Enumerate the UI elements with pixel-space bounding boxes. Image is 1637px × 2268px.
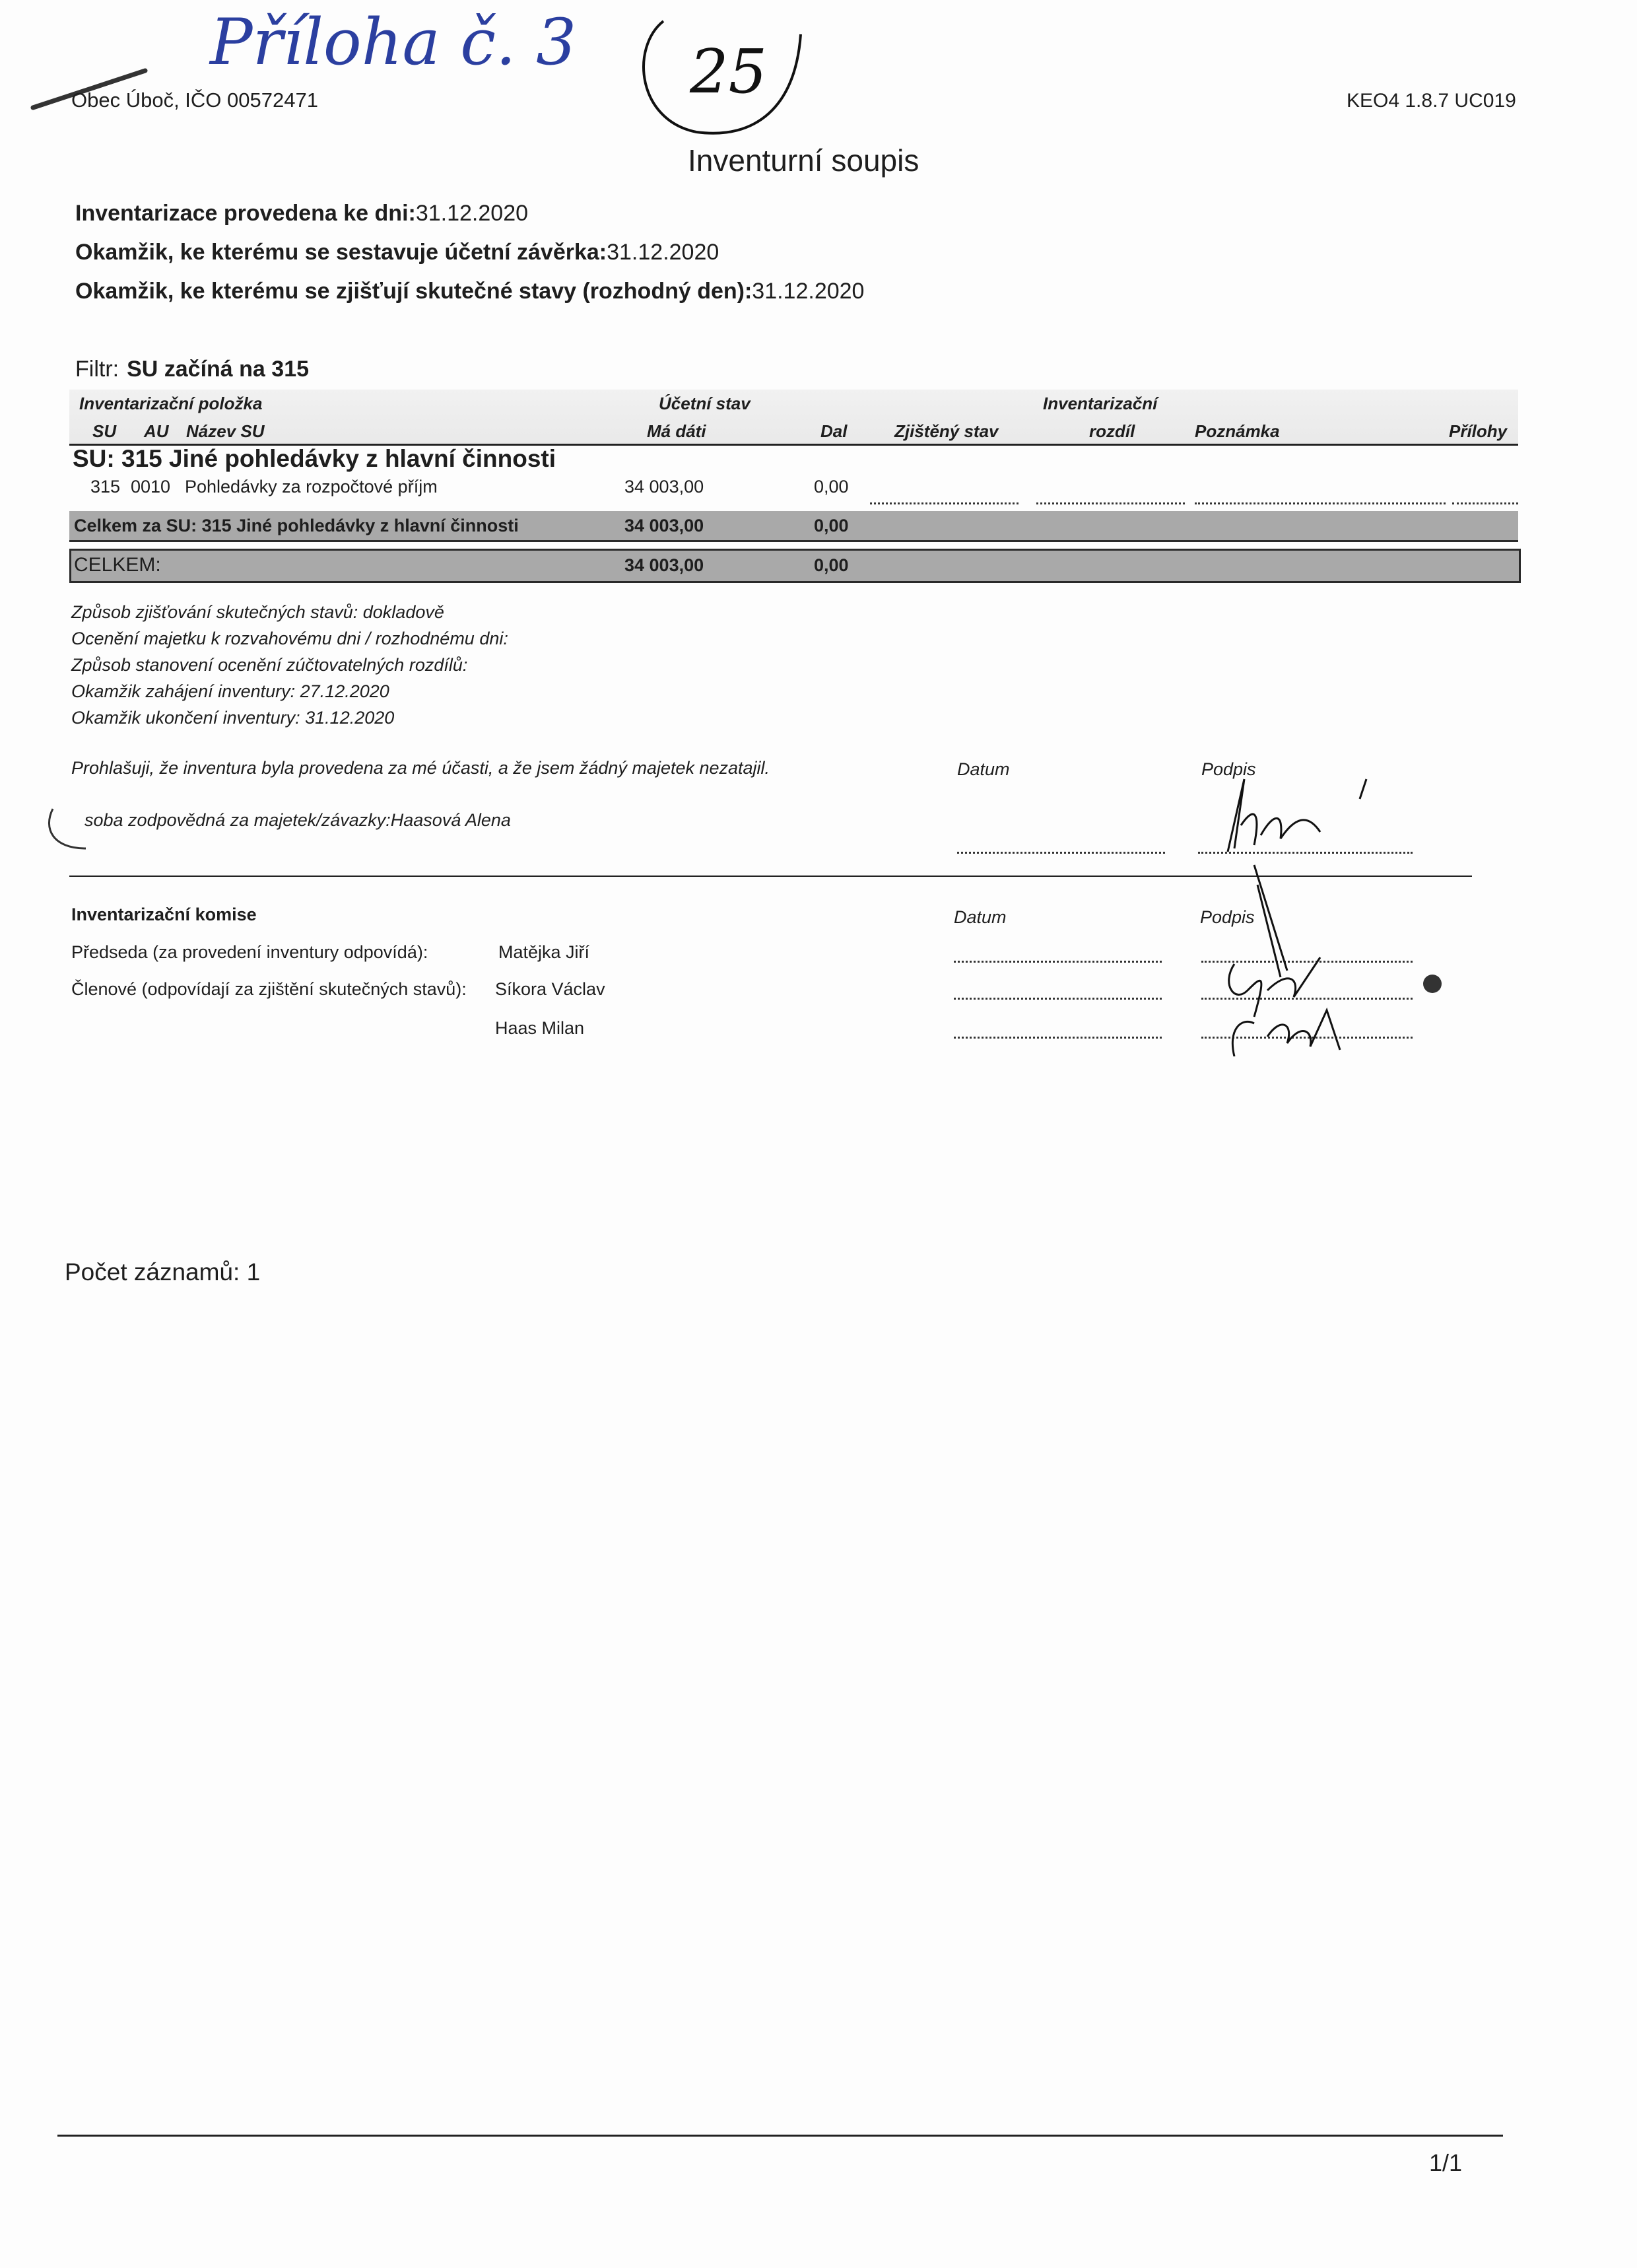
member-name: Síkora Václav — [495, 979, 605, 1000]
th-attachments: Přílohy — [1449, 421, 1507, 442]
subtotal-debit: 34 003,00 — [624, 516, 704, 536]
scan-mark-icon — [40, 802, 99, 862]
table-header-band — [69, 390, 1518, 445]
th-name: Název SU — [186, 421, 265, 442]
declaration-text: Prohlašuji, že inventura byla provedena … — [71, 758, 770, 778]
chair-name: Matějka Jiří — [498, 942, 589, 963]
cell-su: 315 — [90, 477, 120, 497]
th-credit: Dal — [820, 421, 847, 442]
th-su: SU — [92, 421, 116, 442]
field-note — [1195, 502, 1446, 504]
chair-label: Předseda (za provedení inventury odpovíd… — [71, 942, 428, 963]
signature-commission — [1195, 858, 1459, 1056]
signature-haasova — [1215, 773, 1432, 858]
members-label: Členové (odpovídají za zjištění skutečný… — [71, 979, 467, 1000]
field-attachments — [1452, 502, 1518, 504]
responsible-person: soba zodpovědná za majetek/závazky:Haaso… — [84, 810, 511, 831]
detail-start: Okamžik zahájení inventury: 27.12.2020 — [71, 681, 389, 702]
software-version: KEO4 1.8.7 UC019 — [1347, 90, 1516, 112]
total-label: CELKEM: — [74, 554, 161, 576]
subtotal-label: Celkem za SU: 315 Jiné pohledávky z hlav… — [74, 516, 519, 536]
member1-date-field[interactable] — [954, 998, 1162, 1000]
chair-date-field[interactable] — [954, 961, 1162, 963]
cell-au: 0010 — [131, 477, 170, 497]
th-note: Poznámka — [1195, 421, 1280, 442]
subtotal-credit: 0,00 — [814, 516, 849, 536]
member2-date-field[interactable] — [954, 1037, 1162, 1039]
th-accounting-state: Účetní stav — [659, 394, 751, 414]
th-found: Zjištěný stav — [894, 421, 999, 442]
meta-inventory-date: Inventarizace provedena ke dni:31.12.202… — [75, 201, 528, 226]
filter: Filtr:SU začíná na 315 — [75, 357, 309, 382]
footer-rule — [57, 2135, 1503, 2137]
detail-differences: Způsob stanovení ocenění zúčtovatelných … — [71, 655, 467, 675]
cell-debit: 34 003,00 — [624, 477, 704, 497]
declaration-date-field[interactable] — [957, 852, 1165, 854]
detail-end: Okamžik ukončení inventury: 31.12.2020 — [71, 708, 394, 728]
th-inventory: Inventarizační — [1043, 394, 1157, 414]
detail-valuation: Ocenění majetku k rozvahovému dni / rozh… — [71, 629, 508, 649]
member-name: Haas Milan — [495, 1018, 584, 1039]
circled-number: 25 — [690, 36, 767, 107]
meta-closing-date: Okamžik, ke kterému se sestavuje účetní … — [75, 240, 719, 265]
commission-title: Inventarizační komise — [71, 905, 257, 925]
declaration-date-label: Datum — [957, 759, 1010, 780]
organization: Obec Úboč, IČO 00572471 — [71, 88, 318, 112]
page-title: Inventurní soupis — [688, 143, 919, 178]
th-difference: rozdíl — [1089, 421, 1135, 442]
cell-credit: 0,00 — [814, 477, 849, 497]
th-item: Inventarizační položka — [79, 394, 262, 414]
th-au: AU — [144, 421, 169, 442]
field-difference — [1036, 502, 1185, 504]
total-row — [69, 549, 1521, 583]
detail-method: Způsob zjišťování skutečných stavů: dokl… — [71, 602, 444, 623]
meta-decisive-date: Okamžik, ke kterému se zjišťují skutečné… — [75, 279, 864, 304]
group-title: SU: 315 Jiné pohledávky z hlavní činnost… — [73, 445, 556, 473]
total-credit: 0,00 — [814, 555, 849, 576]
total-debit: 34 003,00 — [624, 555, 704, 576]
record-count: Počet záznamů: 1 — [65, 1258, 260, 1286]
th-debit: Má dáti — [647, 421, 706, 442]
handwritten-note: Příloha č. 3 — [210, 5, 576, 79]
cell-name: Pohledávky za rozpočtové příjm — [185, 477, 438, 497]
page-number: 1/1 — [1429, 2149, 1462, 2177]
commission-date-label: Datum — [954, 907, 1007, 928]
field-found — [870, 502, 1019, 504]
